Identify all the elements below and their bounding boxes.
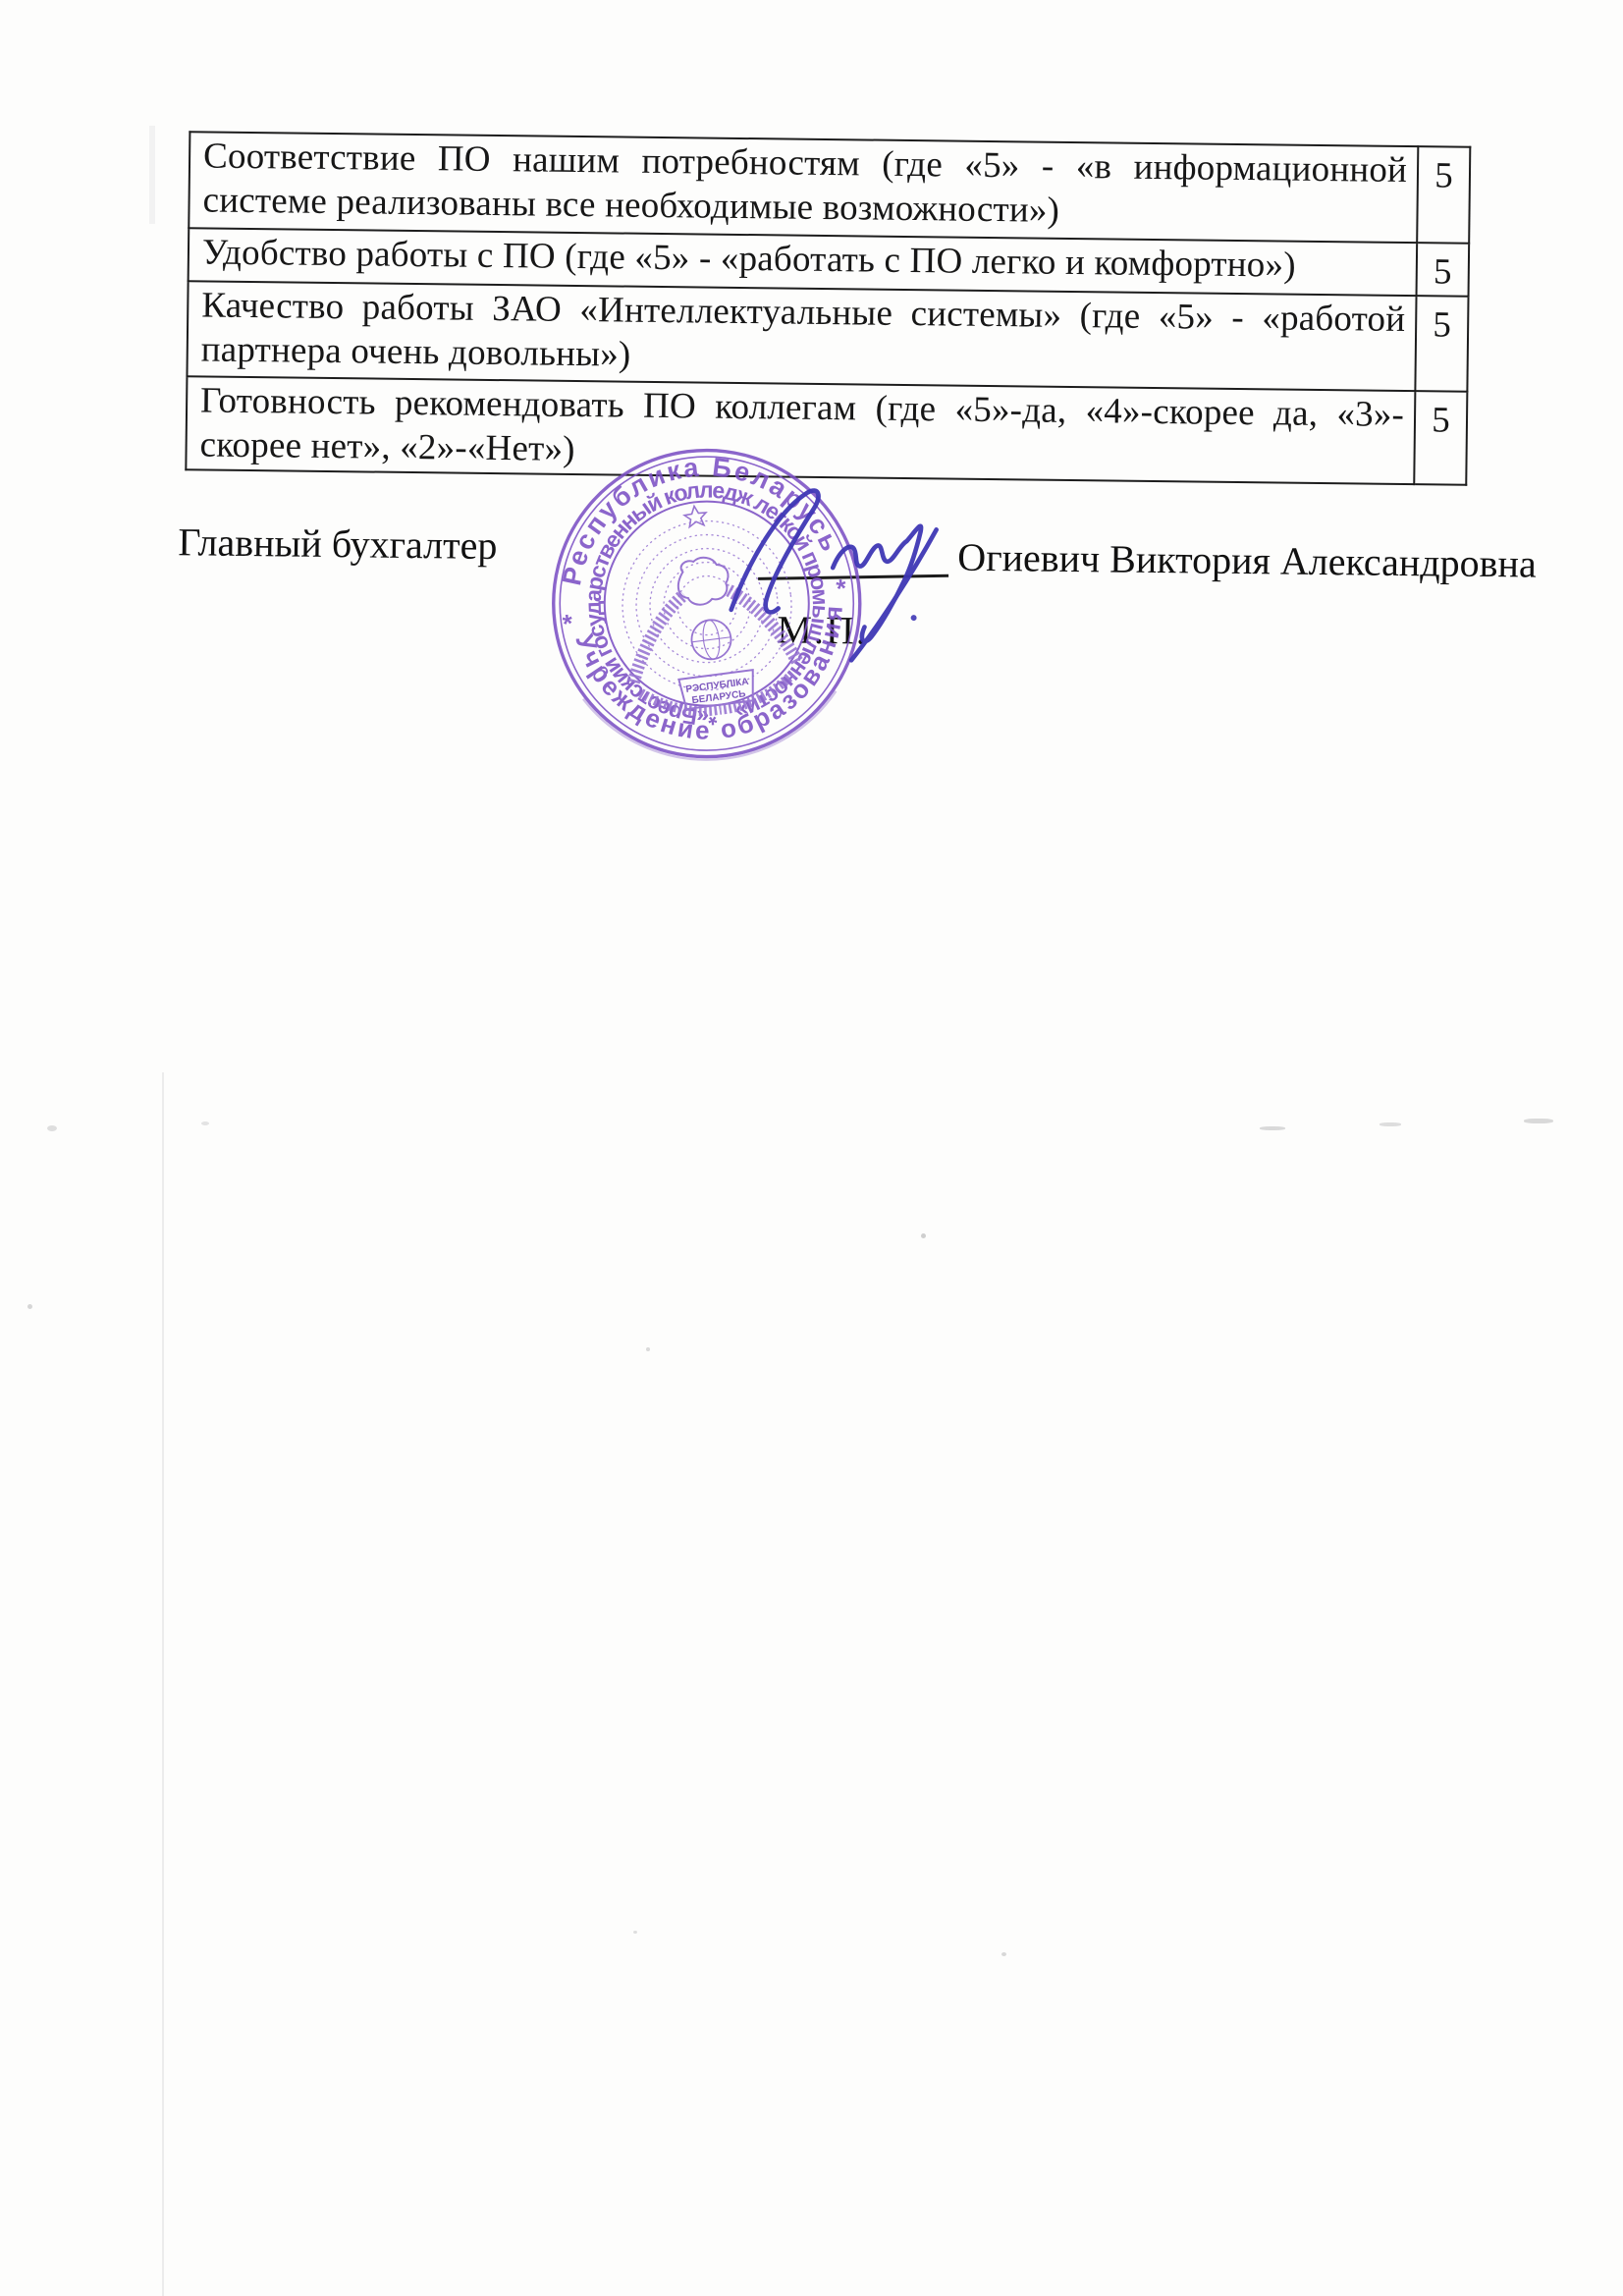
- table-row: Соответствие ПО нашим потребностям (где …: [189, 132, 1470, 243]
- feedback-table: Соответствие ПО нашим потребностям (где …: [185, 131, 1471, 485]
- handwritten-signature: [715, 466, 993, 695]
- score-cell: 5: [1415, 296, 1468, 392]
- scan-speck: [1001, 1952, 1006, 1956]
- score-cell: 5: [1414, 391, 1467, 485]
- score-cell: 5: [1417, 146, 1470, 244]
- scan-speck: [646, 1347, 650, 1351]
- table-row: Качество работы ЗАО «Интеллектуальные си…: [187, 281, 1468, 391]
- scan-speck: [921, 1233, 926, 1238]
- scan-speck: [201, 1121, 209, 1125]
- scan-speck: [27, 1304, 32, 1309]
- criterion-cell: Качество работы ЗАО «Интеллектуальные си…: [187, 281, 1416, 391]
- scan-smudge: [149, 126, 155, 224]
- star-icon: [683, 505, 707, 527]
- scan-speck: [1260, 1126, 1285, 1130]
- chief-accountant-label: Главный бухгалтер: [178, 519, 497, 570]
- signer-name: Огиевич Виктория Александровна: [957, 534, 1537, 588]
- scan-speck: [633, 1931, 637, 1934]
- criterion-cell: Соответствие ПО нашим потребностям (где …: [189, 132, 1418, 243]
- scanned-document-page: Соответствие ПО нашим потребностям (где …: [0, 0, 1623, 2296]
- scan-speck: [47, 1125, 57, 1131]
- scan-speck: [1524, 1119, 1553, 1123]
- score-cell: 5: [1417, 243, 1470, 297]
- ink-dot: [911, 615, 917, 621]
- document-content: Соответствие ПО нашим потребностям (где …: [0, 0, 1623, 1002]
- signature-icon: [715, 466, 993, 695]
- scan-streak: [162, 1072, 164, 2296]
- scan-speck: [1380, 1122, 1401, 1126]
